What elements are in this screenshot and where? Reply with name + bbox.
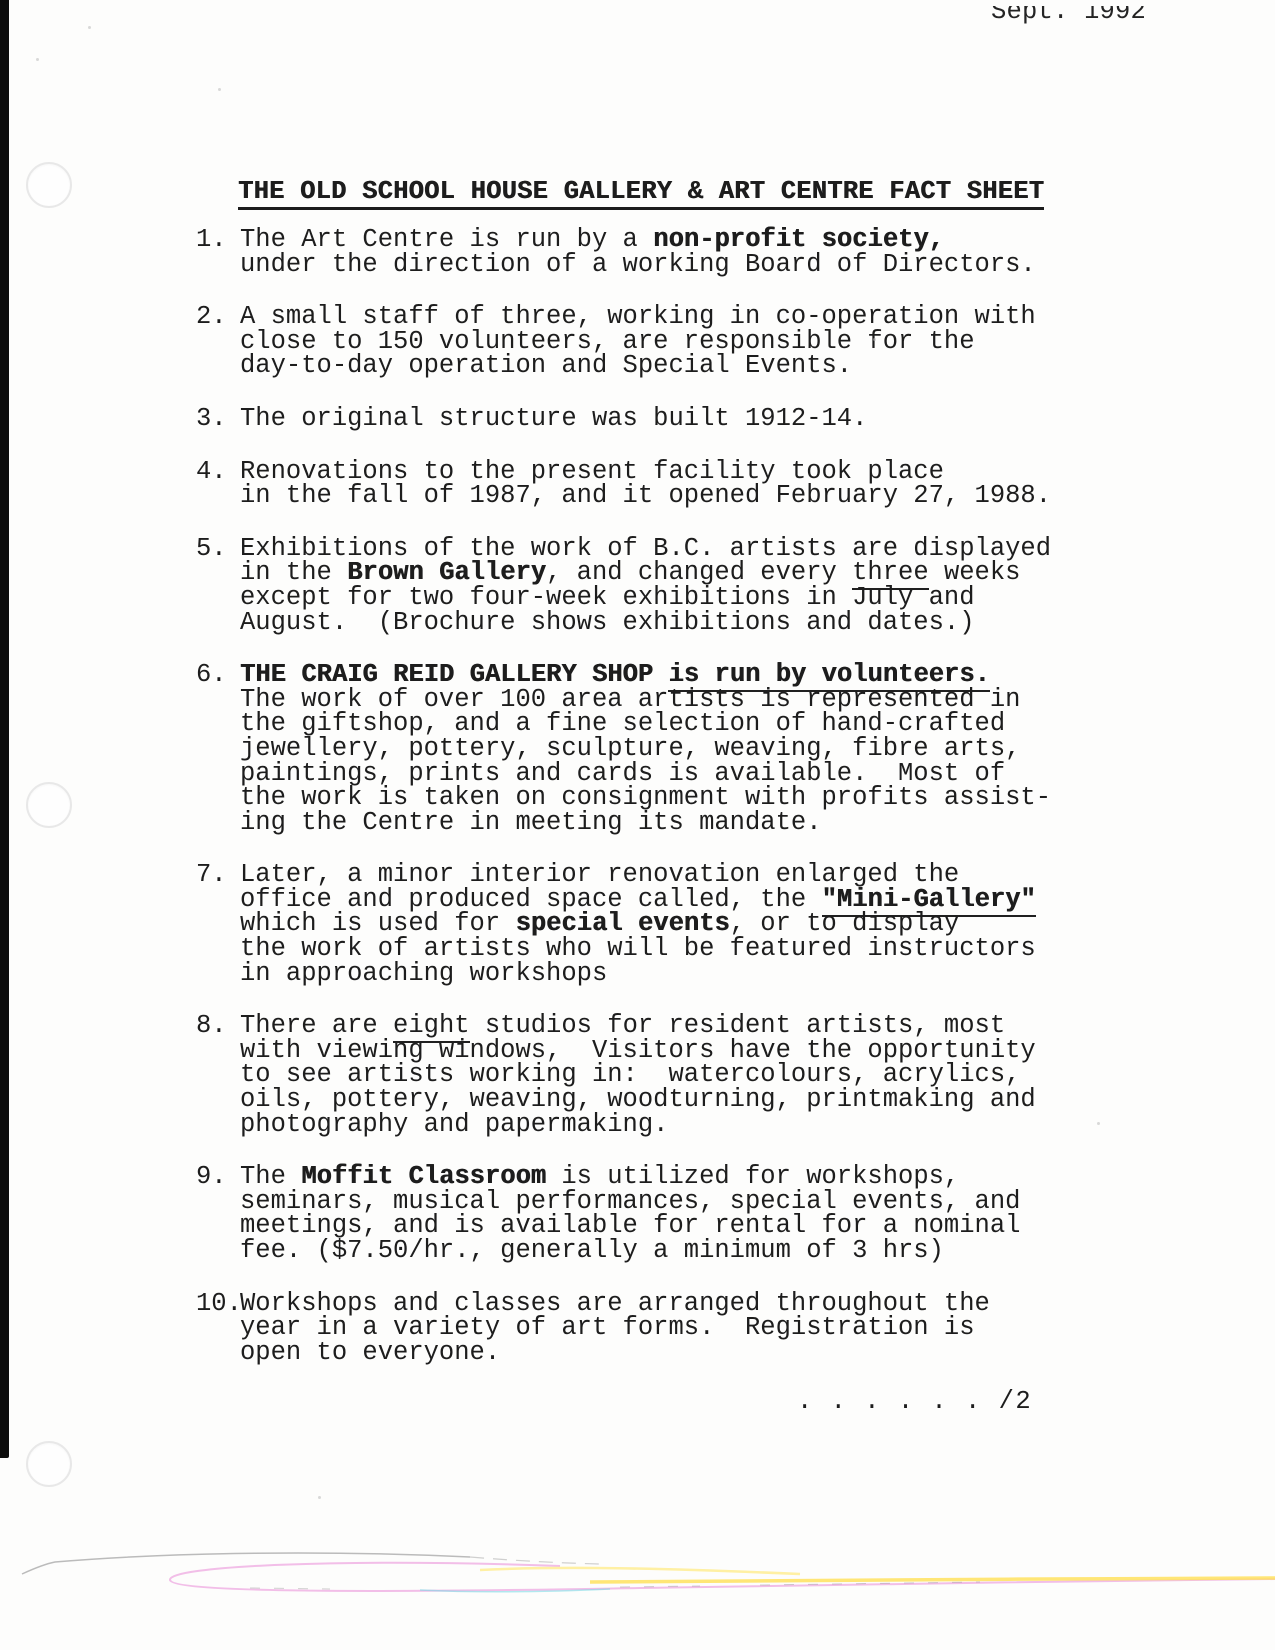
text-line: open to everyone. <box>240 1341 1216 1366</box>
item-number: 4. <box>196 460 240 509</box>
page-number: . . . . . . /2 <box>797 1390 1032 1415</box>
item-text: Exhibitions of the work of B.C. artists … <box>240 537 1216 635</box>
list-item: 9.The Moffit Classroom is utilized for w… <box>196 1165 1216 1263</box>
document-date: Sept. 1992 <box>991 6 1146 34</box>
item-text: Later, a minor interior renovation enlar… <box>240 863 1216 986</box>
scan-speck <box>318 1496 321 1499</box>
punch-hole <box>26 782 72 828</box>
text-line: The original structure was built 1912-14… <box>240 407 1216 432</box>
list-item: 10.Workshops and classes are arranged th… <box>196 1292 1216 1366</box>
text-line: ing the Centre in meeting its mandate. <box>240 811 1216 836</box>
text-line: in the fall of 1987, and it opened Febru… <box>240 484 1216 509</box>
list-item: 8.There are eight studios for resident a… <box>196 1014 1216 1137</box>
item-number: 10. <box>196 1292 240 1366</box>
item-text: There are eight studios for resident art… <box>240 1014 1216 1137</box>
item-number: 7. <box>196 863 240 986</box>
text-line: photography and papermaking. <box>240 1113 1216 1138</box>
item-number: 2. <box>196 305 240 379</box>
item-number: 9. <box>196 1165 240 1263</box>
list-item: 2.A small staff of three, working in co-… <box>196 305 1216 379</box>
item-number: 1. <box>196 228 240 277</box>
text-line: fee. ($7.50/hr., generally a minimum of … <box>240 1239 1216 1264</box>
item-number: 8. <box>196 1014 240 1137</box>
scanned-document-page: Sept. 1992 THE OLD SCHOOL HOUSE GALLERY … <box>0 0 1275 1650</box>
item-number: 6. <box>196 663 240 835</box>
item-text: The original structure was built 1912-14… <box>240 407 1216 432</box>
item-text: The Art Centre is run by a non-profit so… <box>240 228 1216 277</box>
scan-speck <box>88 26 91 29</box>
item-number: 3. <box>196 407 240 432</box>
item-text: THE CRAIG REID GALLERY SHOP is run by vo… <box>240 663 1216 835</box>
item-text: Renovations to the present facility took… <box>240 460 1216 509</box>
punch-hole <box>26 162 72 208</box>
scan-edge-bar <box>0 0 9 1458</box>
scan-speck <box>1097 1122 1100 1125</box>
list-item: 5.Exhibitions of the work of B.C. artist… <box>196 537 1216 635</box>
list-item: 1.The Art Centre is run by a non-profit … <box>196 228 1216 277</box>
scan-speck <box>218 88 221 91</box>
punch-hole <box>26 1441 72 1487</box>
list-item: 6.THE CRAIG REID GALLERY SHOP is run by … <box>196 663 1216 835</box>
item-number: 5. <box>196 537 240 635</box>
fact-list: 1.The Art Centre is run by a non-profit … <box>196 228 1216 1393</box>
scan-speck <box>873 338 876 341</box>
document-date-text: Sept. 1992 <box>991 6 1146 30</box>
scan-speck <box>36 58 39 61</box>
item-text: A small staff of three, working in co-op… <box>240 305 1216 379</box>
text-line: under the direction of a working Board o… <box>240 253 1216 278</box>
list-item: 7.Later, a minor interior renovation enl… <box>196 863 1216 986</box>
item-text: The Moffit Classroom is utilized for wor… <box>240 1165 1216 1263</box>
text-line: August. (Brochure shows exhibitions and … <box>240 611 1216 636</box>
text-line: in approaching workshops <box>240 962 1216 987</box>
scanner-artifact <box>0 1530 1275 1620</box>
list-item: 3.The original structure was built 1912-… <box>196 407 1216 432</box>
item-text: Workshops and classes are arranged throu… <box>240 1292 1216 1366</box>
page-title: THE OLD SCHOOL HOUSE GALLERY & ART CENTR… <box>238 179 1044 210</box>
list-item: 4.Renovations to the present facility to… <box>196 460 1216 509</box>
text-line: day-to-day operation and Special Events. <box>240 354 1216 379</box>
